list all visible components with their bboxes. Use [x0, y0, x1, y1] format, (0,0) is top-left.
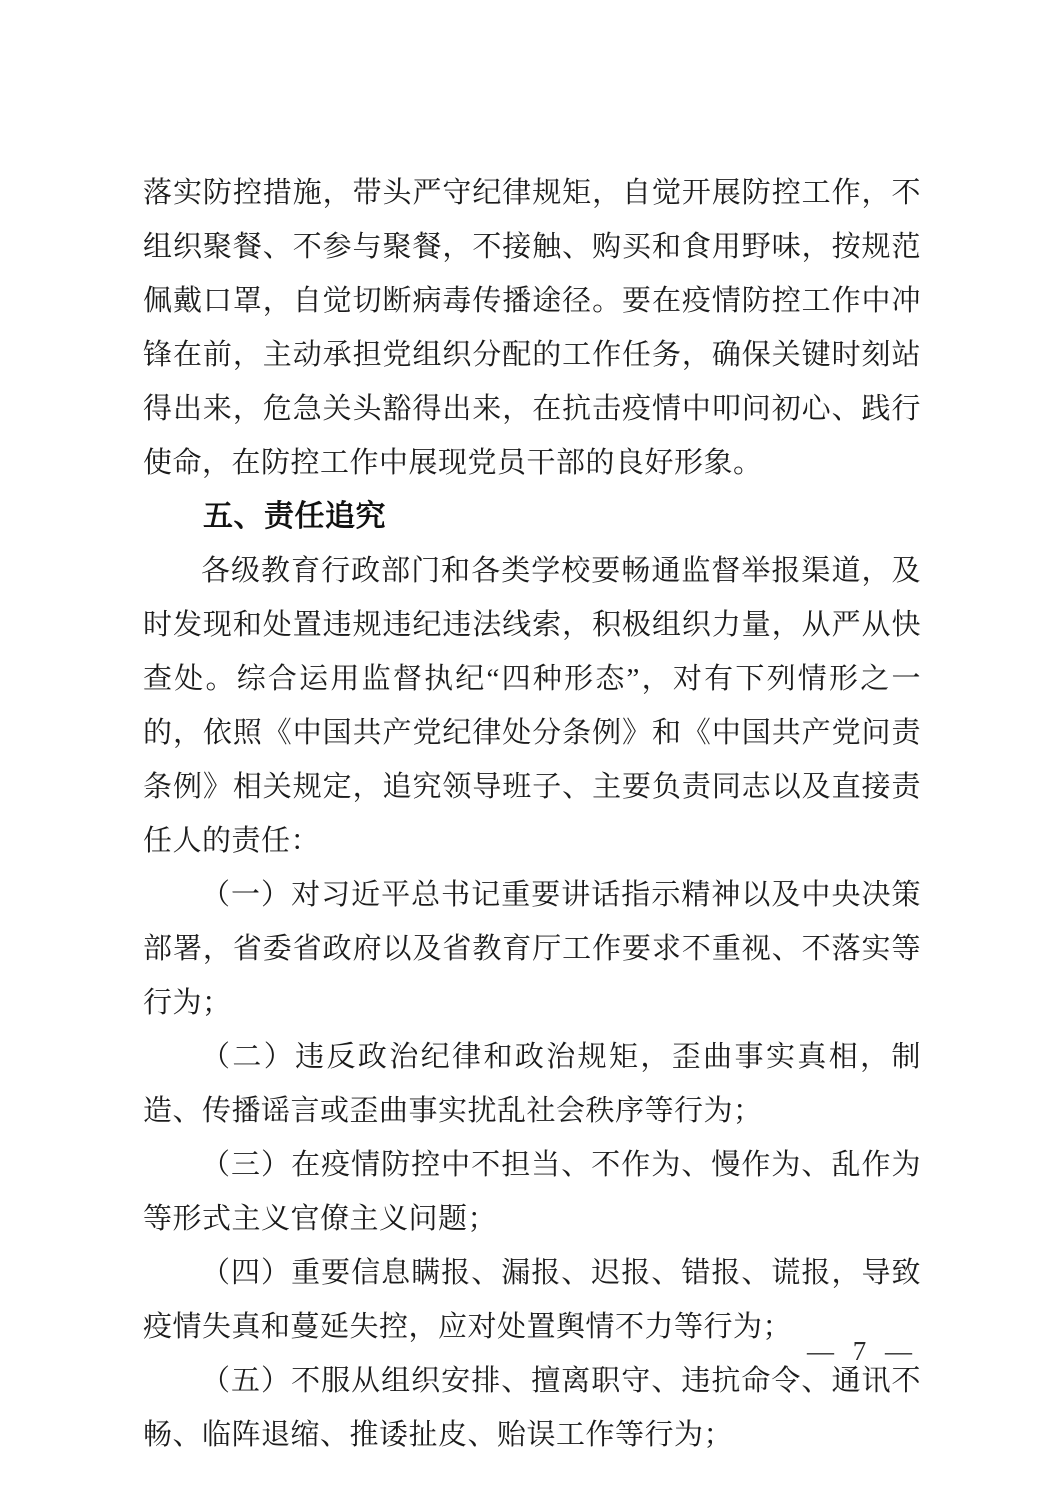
section-heading: 五、责任追究 — [143, 490, 921, 544]
list-item-1: （一）对习近平总书记重要讲话指示精神以及中央决策部署，省委省政府以及省教育厅工作… — [143, 868, 921, 1030]
page-number: — 7 — — [807, 1336, 918, 1366]
list-item-2: （二）违反政治纪律和政治规矩，歪曲事实真相，制造、传播谣言或歪曲事实扰乱社会秩序… — [143, 1030, 921, 1138]
section-intro-paragraph: 各级教育行政部门和各类学校要畅通监督举报渠道，及时发现和处置违规违纪违法线索，积… — [143, 544, 921, 868]
list-item-4: （四）重要信息瞒报、漏报、迟报、错报、谎报，导致疫情失真和蔓延失控，应对处置舆情… — [143, 1246, 921, 1354]
list-item-5: （五）不服从组织安排、擅离职守、违抗命令、通讯不畅、临阵退缩、推诿扯皮、贻误工作… — [143, 1354, 921, 1462]
list-item-3: （三）在疫情防控中不担当、不作为、慢作为、乱作为等形式主义官僚主义问题； — [143, 1138, 921, 1246]
paragraph-continuation: 落实防控措施，带头严守纪律规矩，自觉开展防控工作，不组织聚餐、不参与聚餐，不接触… — [143, 166, 921, 490]
document-page: 落实防控措施，带头严守纪律规矩，自觉开展防控工作，不组织聚餐、不参与聚餐，不接触… — [0, 0, 1060, 1500]
document-body: 落实防控措施，带头严守纪律规矩，自觉开展防控工作，不组织聚餐、不参与聚餐，不接触… — [143, 166, 921, 1462]
